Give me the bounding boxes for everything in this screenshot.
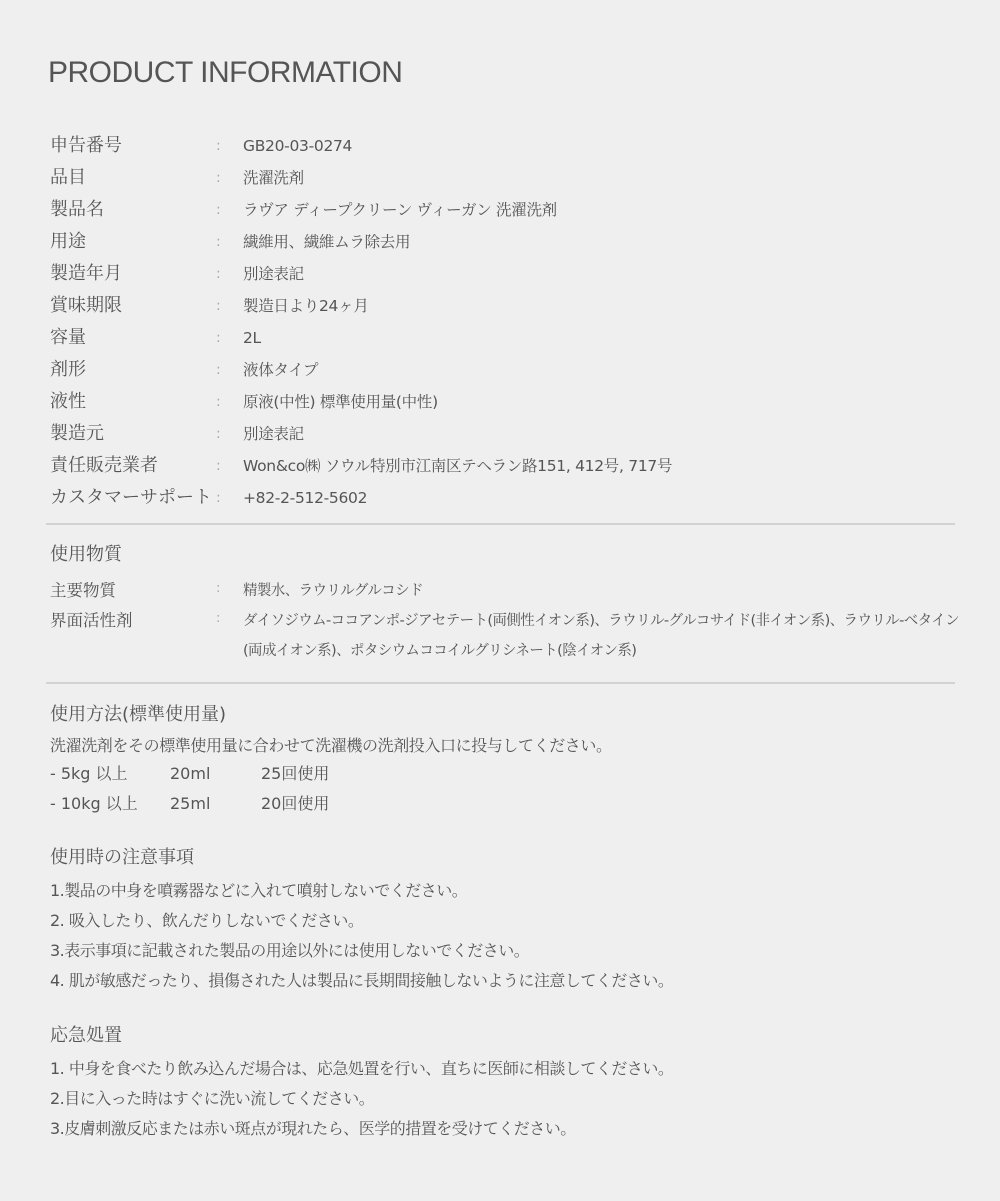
usage-heading: 使用方法(標準使用量) (50, 700, 226, 726)
list-item: 3.皮膚刺激反応または赤い斑点が現れたら、医学的措置を受けてください。 (50, 1114, 673, 1144)
spec-value: Won&co㈱ ソウル特別市江南区テヘラン路151, 412号, 717号 (243, 450, 672, 482)
dosage-row: - 5kg 以上 20ml 25回使用 (50, 759, 450, 789)
page-title: PRODUCT INFORMATION (48, 54, 402, 92)
precautions-heading: 使用時の注意事項 (50, 843, 194, 869)
dosage-amount: 20ml (170, 759, 210, 789)
ingredient-row-main: 主要物質 : 精製水、ラウリルグルコシド (50, 576, 980, 606)
list-item: 1. 中身を食べたり飲み込んだ場合は、応急処置を行い、直ちに医師に相談してくださ… (50, 1054, 673, 1084)
ingredient-value: 精製水、ラウリルグルコシド (243, 576, 980, 606)
spec-row-item: 品目 : 洗濯洗剤 (50, 162, 970, 194)
spec-value: 液体タイプ (243, 354, 318, 386)
first-aid-list: 1. 中身を食べたり飲み込んだ場合は、応急処置を行い、直ちに医師に相談してくださ… (50, 1054, 673, 1144)
spec-label: 容量 (50, 322, 86, 354)
spec-row-manufacturer: 製造元 : 別途表記 (50, 418, 970, 450)
product-spec-table: 申告番号 : GB20-03-0274 品目 : 洗濯洗剤 製品名 : ラヴア … (50, 130, 970, 514)
spec-value: GB20-03-0274 (243, 130, 352, 162)
spec-label: 申告番号 (50, 130, 122, 162)
precautions-list: 1.製品の中身を噴霧器などに入れて噴射しないでください。 2. 吸入したり、飲ん… (50, 876, 673, 996)
spec-label: カスタマーサポート (50, 482, 212, 514)
ingredient-value-line-2: (両成イオン系)、ポタシウムココイルグリシネート(陰イオン系) (243, 636, 980, 666)
spec-label: 剤形 (50, 354, 86, 386)
spec-row-report-number: 申告番号 : GB20-03-0274 (50, 130, 970, 162)
spec-label: 製造元 (50, 418, 104, 450)
list-item: 3.表示事項に記載された製品の用途以外には使用しないでください。 (50, 936, 673, 966)
spec-colon: : (216, 386, 221, 418)
ingredient-value-line-1: ダイソジウム-ココアンポ-ジアセテート(両側性イオン系)、ラウリル-グルコサイド… (243, 606, 980, 636)
usage-instruction: 洗濯洗剤をその標準使用量に合わせて洗濯機の洗剤投入口に投与してください。 (50, 733, 612, 756)
spec-row-distributor: 責任販売業者 : Won&co㈱ ソウル特別市江南区テヘラン路151, 412号… (50, 450, 970, 482)
spec-row-ph: 液性 : 原液(中性) 標準使用量(中性) (50, 386, 970, 418)
spec-label: 用途 (50, 226, 86, 258)
section-divider (46, 682, 955, 684)
ingredient-colon: : (216, 604, 220, 634)
spec-value: 別途表記 (243, 258, 304, 290)
dosage-amount: 25ml (170, 789, 210, 819)
ingredients-heading: 使用物質 (50, 540, 122, 566)
spec-row-customer-support: カスタマーサポート : +82-2-512-5602 (50, 482, 970, 514)
dosage-weight: - 5kg 以上 (50, 759, 128, 789)
spec-row-volume: 容量 : 2L (50, 322, 970, 354)
dosage-weight: - 10kg 以上 (50, 789, 138, 819)
spec-colon: : (216, 418, 221, 450)
spec-colon: : (216, 194, 221, 226)
spec-colon: : (216, 354, 221, 386)
spec-colon: : (216, 482, 221, 514)
spec-value: ラヴア ディープクリーン ヴィーガン 洗濯洗剤 (243, 194, 557, 226)
spec-row-expiry: 賞味期限 : 製造日より24ヶ月 (50, 290, 970, 322)
list-item: 2.目に入った時はすぐに洗い流してください。 (50, 1084, 673, 1114)
spec-value: 原液(中性) 標準使用量(中性) (243, 386, 438, 418)
dosage-uses: 25回使用 (261, 759, 329, 789)
spec-value: 洗濯洗剤 (243, 162, 304, 194)
ingredients-table: 主要物質 : 精製水、ラウリルグルコシド 界面活性剤 : ダイソジウム-ココアン… (50, 576, 980, 666)
spec-colon: : (216, 450, 221, 482)
ingredient-label: 界面活性剤 (50, 606, 133, 636)
dosage-row: - 10kg 以上 25ml 20回使用 (50, 789, 450, 819)
spec-row-product-name: 製品名 : ラヴア ディープクリーン ヴィーガン 洗濯洗剤 (50, 194, 970, 226)
spec-label: 製品名 (50, 194, 104, 226)
spec-row-form: 剤形 : 液体タイプ (50, 354, 970, 386)
spec-colon: : (216, 322, 221, 354)
dosage-uses: 20回使用 (261, 789, 329, 819)
ingredient-colon: : (216, 574, 220, 604)
spec-colon: : (216, 258, 221, 290)
spec-value: 2L (243, 322, 261, 354)
list-item: 1.製品の中身を噴霧器などに入れて噴射しないでください。 (50, 876, 673, 906)
spec-colon: : (216, 290, 221, 322)
first-aid-heading: 応急処置 (50, 1021, 122, 1047)
list-item: 2. 吸入したり、飲んだりしないでください。 (50, 906, 673, 936)
spec-value: +82-2-512-5602 (243, 482, 367, 514)
spec-label: 液性 (50, 386, 86, 418)
spec-colon: : (216, 130, 221, 162)
spec-row-manufacture-date: 製造年月 : 別途表記 (50, 258, 970, 290)
spec-colon: : (216, 226, 221, 258)
spec-row-purpose: 用途 : 繊維用、繊維ムラ除去用 (50, 226, 970, 258)
ingredient-label: 主要物質 (50, 576, 116, 606)
spec-label: 責任販売業者 (50, 450, 158, 482)
spec-colon: : (216, 162, 221, 194)
spec-value: 別途表記 (243, 418, 304, 450)
spec-value: 製造日より24ヶ月 (243, 290, 369, 322)
spec-label: 製造年月 (50, 258, 122, 290)
spec-value: 繊維用、繊維ムラ除去用 (243, 226, 410, 258)
spec-label: 賞味期限 (50, 290, 122, 322)
spec-label: 品目 (50, 162, 86, 194)
section-divider (46, 523, 955, 525)
ingredient-row-surfactant: 界面活性剤 : ダイソジウム-ココアンポ-ジアセテート(両側性イオン系)、ラウリ… (50, 606, 980, 666)
list-item: 4. 肌が敏感だったり、損傷された人は製品に長期間接触しないように注意してくださ… (50, 966, 673, 996)
